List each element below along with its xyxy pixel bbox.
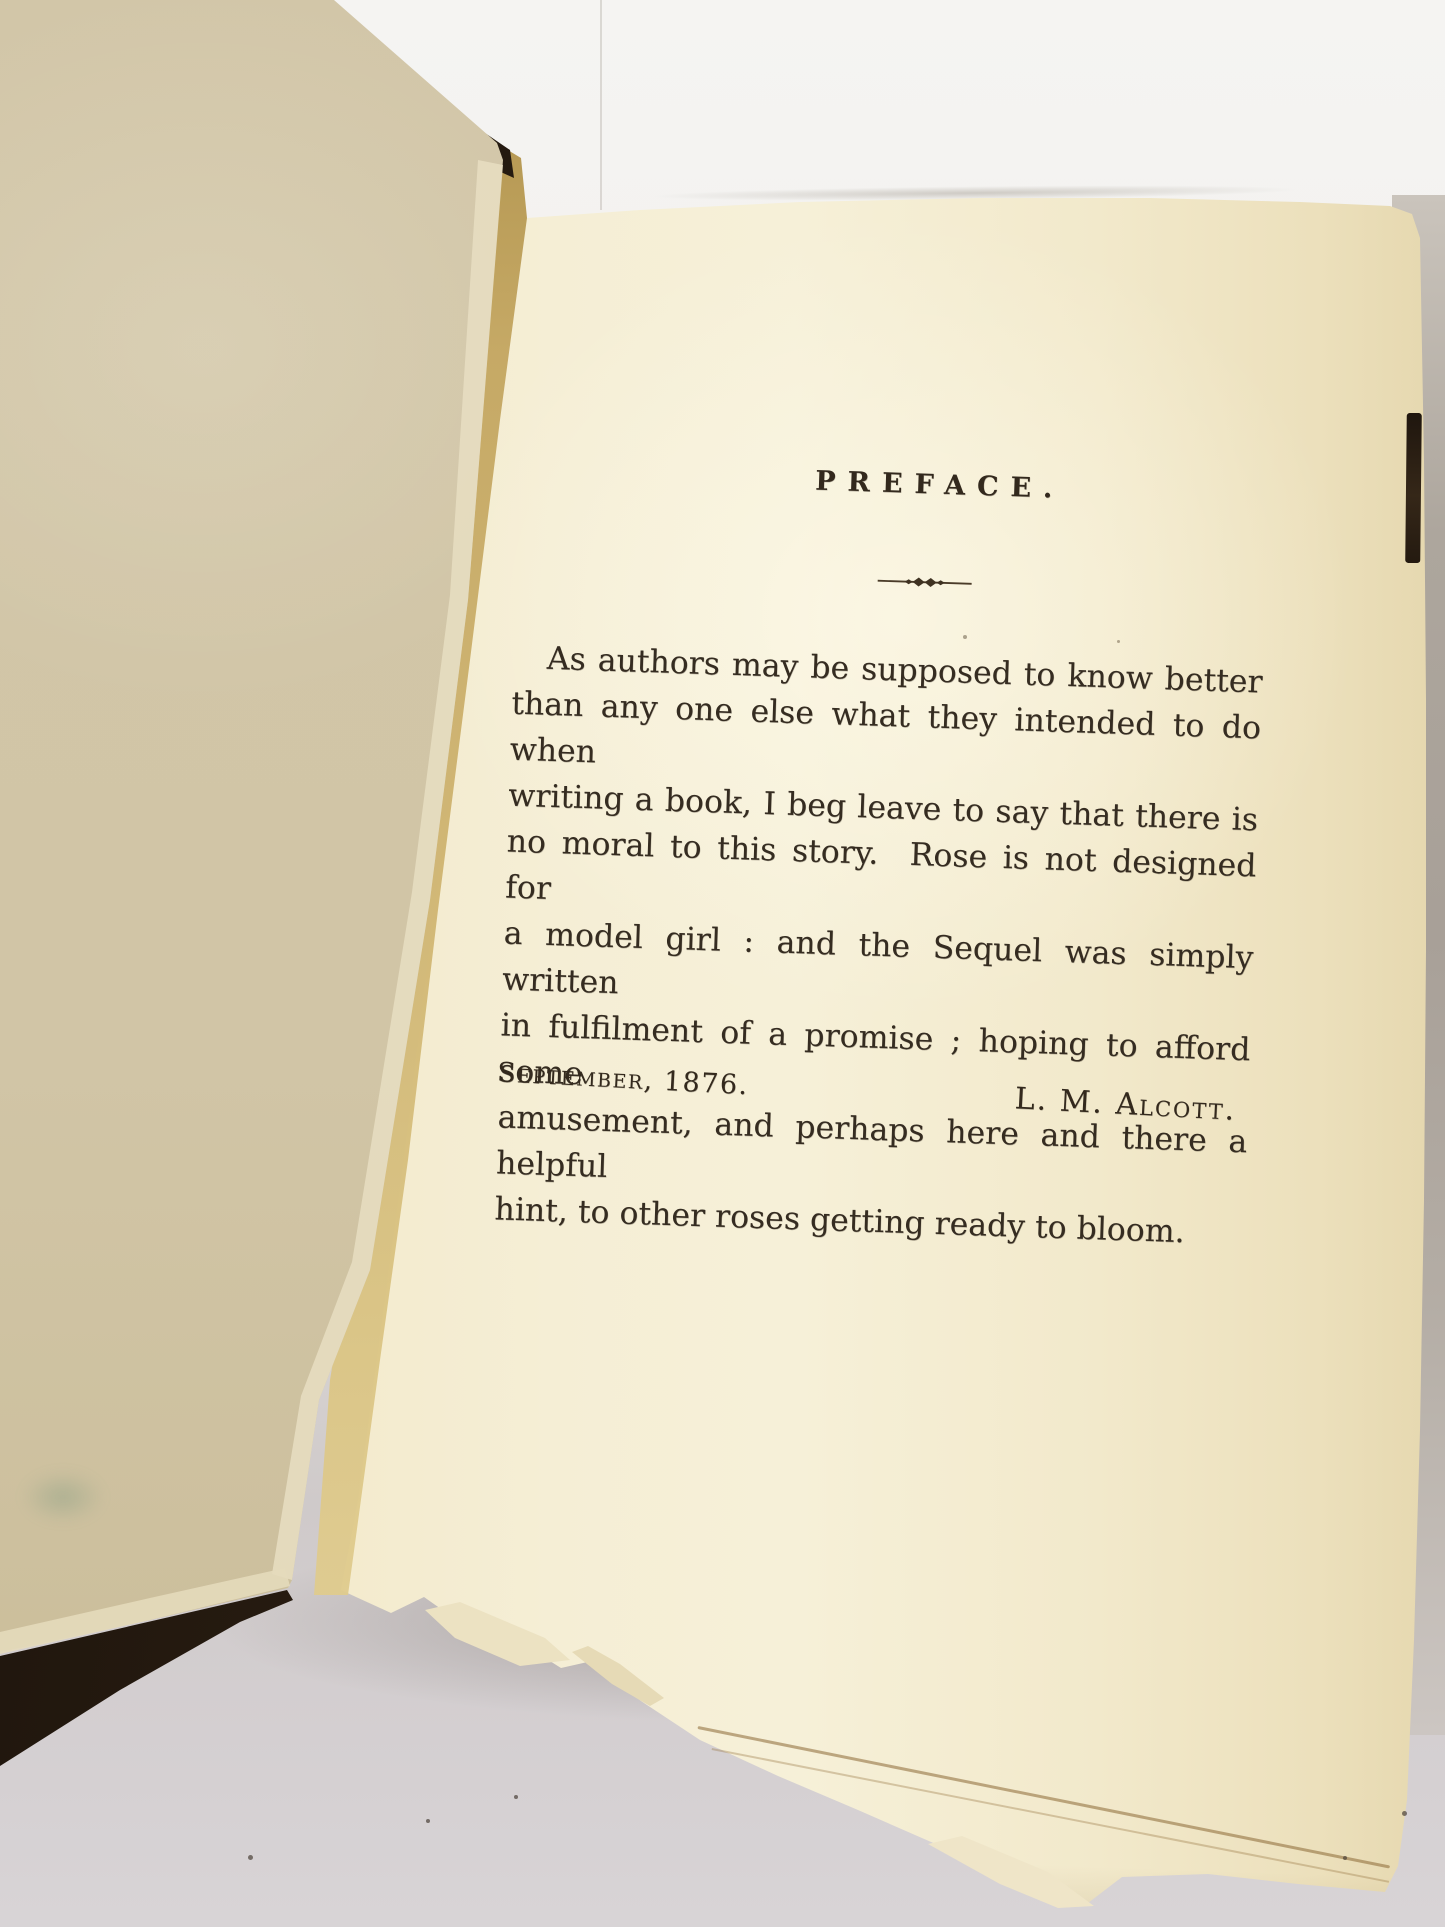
diamond-rule-divider-icon xyxy=(874,574,974,591)
dust-speck xyxy=(1343,1856,1347,1860)
flyleaf-smudge xyxy=(8,1462,118,1532)
preface-text-block: PREFACE. As authors may be supposed to k… xyxy=(484,449,1277,1194)
binding-dark-mark xyxy=(1405,413,1422,563)
dust-speck xyxy=(1402,1811,1407,1816)
dust-speck xyxy=(248,1855,253,1860)
photo-open-vintage-book: PREFACE. As authors may be supposed to k… xyxy=(0,0,1445,1927)
backdrop-crease xyxy=(600,0,602,210)
dust-speck xyxy=(514,1795,518,1799)
dust-speck xyxy=(426,1819,430,1823)
preface-paragraph: As authors may be supposed to know bette… xyxy=(482,634,1271,1257)
